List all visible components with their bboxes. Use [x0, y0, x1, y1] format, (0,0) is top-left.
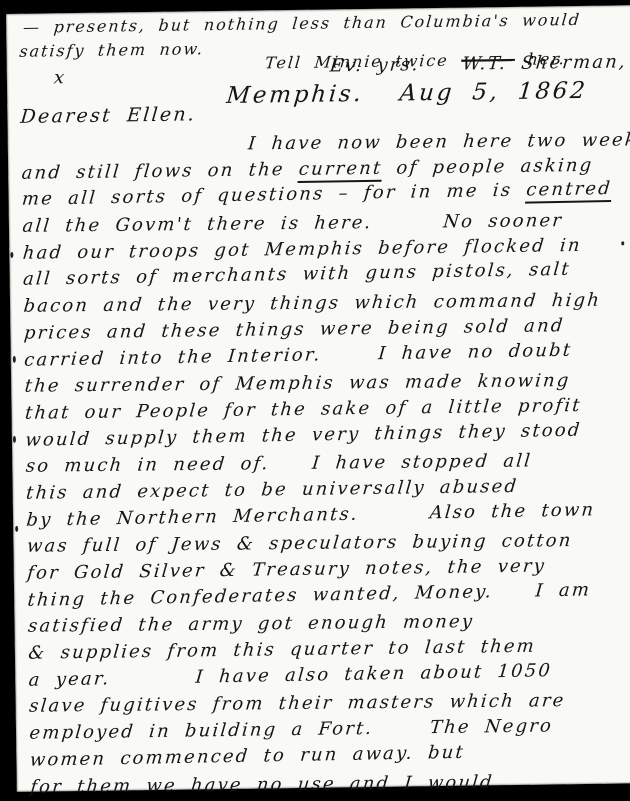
line-segment: for them we have no use and I would: [29, 771, 494, 797]
line-segment: satisfied the army got enough money: [27, 611, 475, 637]
scan-speck: [10, 252, 13, 258]
line-segment: women commenced to run away. but: [29, 742, 466, 771]
line-segment: bacon and the very things which command …: [23, 290, 602, 317]
letter-page: — presents, but nothing less than Columb…: [6, 5, 630, 792]
x-mark: x: [53, 67, 67, 88]
letter-dateline: Memphis. Aug 5, 1862: [225, 78, 588, 109]
line-segment: me all sorts of questions – for in me is: [21, 180, 527, 210]
letter-closing-signature: Ev. yrs. W.T. Sherman,: [329, 51, 628, 76]
scan-speck: [15, 526, 18, 532]
line-segment: the surrender of Memphis was made knowin…: [24, 370, 572, 397]
scan-speck: [621, 241, 624, 245]
scan-speck: [13, 436, 16, 443]
line-segment: and still flows on the: [21, 159, 300, 184]
letter-body: I have now been here two weeksand still …: [20, 125, 630, 801]
scan-background: { "colors": { "background": "#000000", "…: [0, 0, 630, 801]
line-segment: was full of Jews & speculators buying co…: [26, 530, 574, 557]
letter-salutation: Dearest Ellen.: [20, 103, 198, 127]
margin-note-line2-left: satisfy them now.: [19, 39, 205, 61]
scan-speck: [13, 356, 16, 363]
line-segment: all the Govm't there is here. No sooner: [22, 210, 565, 237]
underlined-word: centred: [525, 178, 613, 204]
underlined-word: current: [298, 157, 384, 182]
line-segment: of people asking: [381, 154, 594, 178]
line-segment: slave fugitives from their masters which…: [28, 691, 566, 718]
line-segment: so much in need of. I have stopped all: [25, 451, 533, 477]
